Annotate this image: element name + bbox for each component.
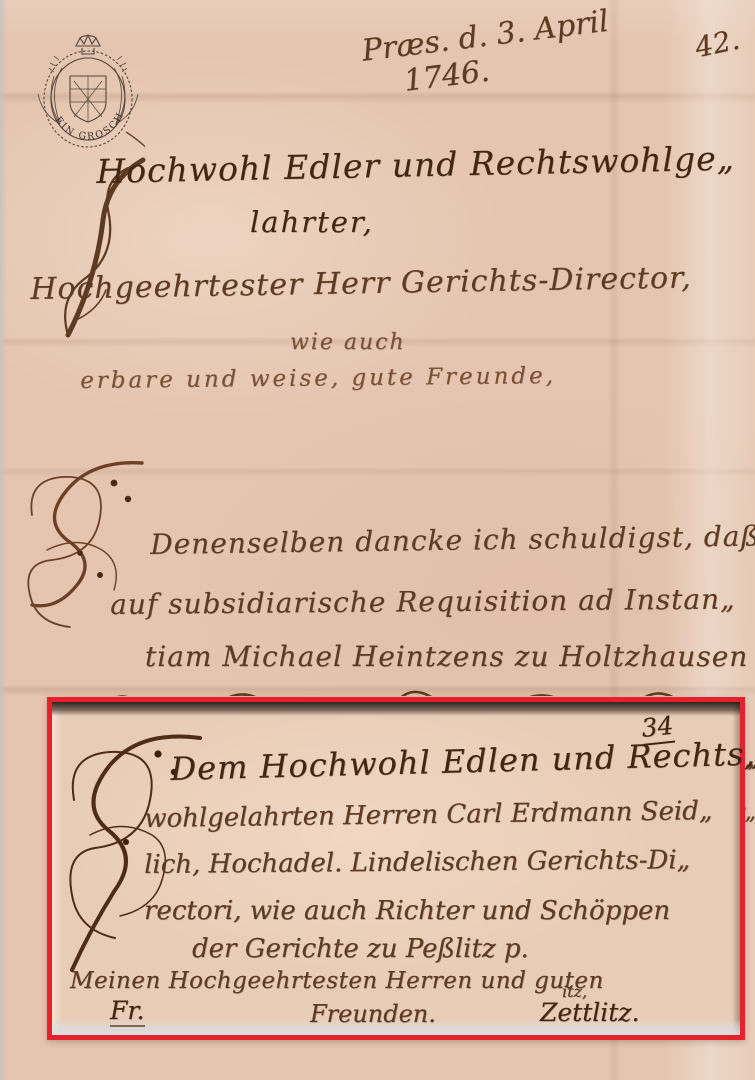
salutation-line-5: erbare und weise, gute Freunde, bbox=[80, 363, 556, 394]
inset-address-line-1: Dem Hochwohl Edlen und Rechts„ bbox=[170, 735, 755, 788]
salutation-line-1: Hochwohl Edler und Rechtswohlge„ bbox=[96, 139, 735, 191]
revenue-stamp-ein-groschen: EIN GROSCHEN bbox=[30, 24, 145, 159]
body-line-2: auf subsidiarische Requisition ad Instan… bbox=[110, 583, 736, 621]
inset-courtesy-line: Meinen Hochgeehrtesten Herren und guten bbox=[70, 968, 604, 994]
address-inset-highlight-box: 34 Dem Hochwohl Edlen und Rechts„ wohlge… bbox=[47, 697, 745, 1040]
inset-address-line-5: der Gerichte zu Peßlitz p. bbox=[192, 934, 529, 964]
salutation-line-4: wie auch bbox=[290, 330, 406, 355]
clipped-text-line bbox=[90, 672, 710, 696]
inset-freunden: Freunden. bbox=[310, 1000, 436, 1028]
manuscript-letter-scan: EIN GROSCHEN Præs. d. 3. April 1746. 42.… bbox=[0, 0, 755, 1080]
inset-address-line-4: rectori, wie auch Richter und Schöppen bbox=[144, 896, 670, 926]
inset-place-zettlitz: Zettlitz. bbox=[540, 998, 639, 1027]
date-annotation: Præs. d. 3. April 1746. bbox=[360, 4, 615, 104]
inset-address-line-3: lich, Hochadel. Lindelischen Gerichts-Di… bbox=[144, 845, 690, 880]
page-number: 42. bbox=[692, 23, 742, 65]
body-line-3: tiam Michael Heintzens zu Holtzhausen bbox=[145, 640, 748, 673]
inset-address-line-2: wohlgelahrten Herren Carl Erdmann Seid„ bbox=[144, 796, 713, 834]
inset-abbrev-fr: Fr. bbox=[110, 996, 145, 1027]
body-line-1: Denenselben dancke ich schuldigst, daß S… bbox=[150, 519, 755, 561]
salutation-line-2: lahrter, bbox=[250, 205, 374, 239]
